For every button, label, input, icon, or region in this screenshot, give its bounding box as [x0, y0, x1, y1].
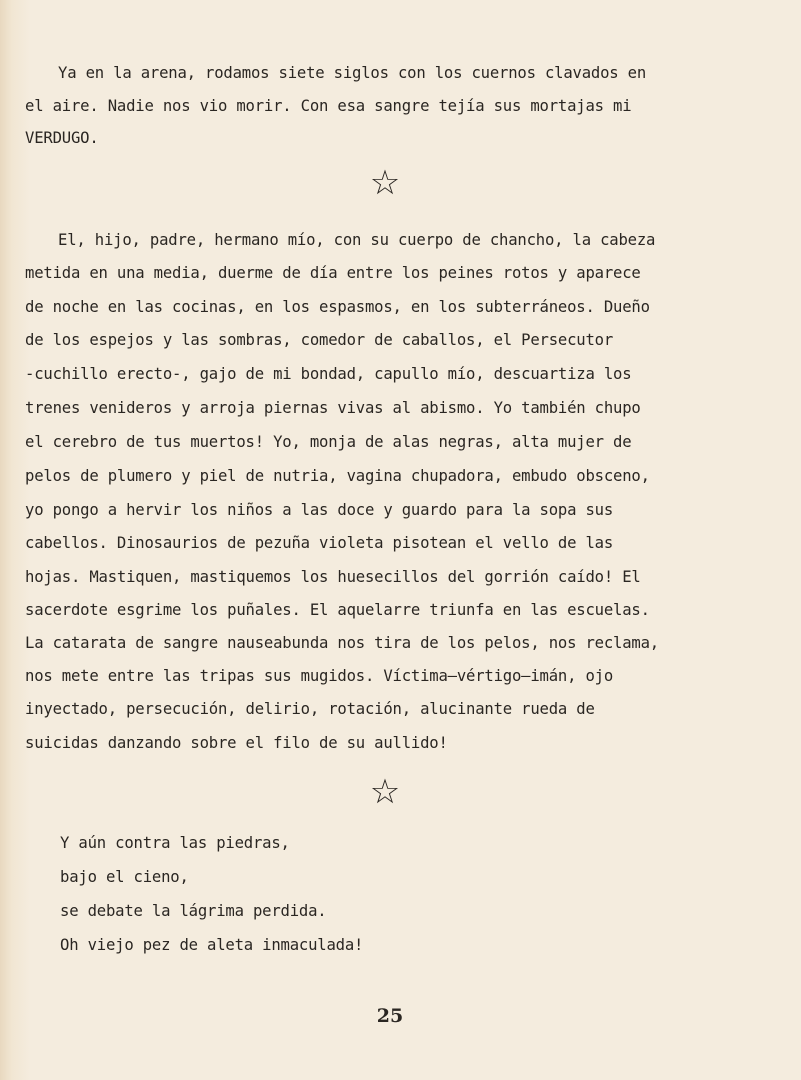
verse-line: Y aún contra las piedras, [60, 833, 290, 853]
paragraph-2-line: hojas. Mastiquen, mastiquemos los huesec… [25, 567, 641, 587]
paragraph-1-line: Ya en la arena, rodamos siete siglos con… [58, 63, 646, 83]
paragraph-1-line: VERDUGO. [25, 128, 99, 148]
paragraph-2-line: -cuchillo erecto-, gajo de mi bondad, ca… [25, 364, 631, 384]
paragraph-2-line: inyectado, persecución, delirio, rotació… [25, 699, 595, 719]
book-page: Ya en la arena, rodamos siete siglos con… [0, 0, 801, 1080]
paragraph-1-line: el aire. Nadie nos vio morir. Con esa sa… [25, 96, 631, 116]
star-outline-icon: ☆ [366, 775, 404, 809]
paragraph-2-line: yo pongo a hervir los niños a las doce y… [25, 500, 613, 520]
paragraph-2-line: pelos de plumero y piel de nutria, vagin… [25, 466, 650, 486]
paragraph-2-line: El, hijo, padre, hermano mío, con su cue… [58, 230, 655, 250]
page-number: 25 [370, 1005, 410, 1027]
paragraph-2-line: nos mete entre las tripas sus mugidos. V… [25, 666, 613, 686]
paragraph-2-line: La catarata de sangre nauseabunda nos ti… [25, 633, 659, 653]
paragraph-2-line: sacerdote esgrime los puñales. El aquela… [25, 600, 650, 620]
paragraph-2-line: de los espejos y las sombras, comedor de… [25, 330, 613, 350]
paragraph-2-line: metida en una media, duerme de día entre… [25, 263, 641, 283]
verse-line: Oh viejo pez de aleta inmaculada! [60, 935, 363, 955]
paragraph-2-line: trenes venideros y arroja piernas vivas … [25, 398, 641, 418]
paragraph-2-line: cabellos. Dinosaurios de pezuña violeta … [25, 533, 613, 553]
paragraph-2-line: suicidas danzando sobre el filo de su au… [25, 733, 448, 753]
paragraph-2-line: el cerebro de tus muertos! Yo, monja de … [25, 432, 631, 452]
verse-line: se debate la lágrima perdida. [60, 901, 326, 921]
paragraph-2-line: de noche en las cocinas, en los espasmos… [25, 297, 650, 317]
star-outline-icon: ☆ [366, 166, 404, 200]
verse-line: bajo el cieno, [60, 867, 189, 887]
